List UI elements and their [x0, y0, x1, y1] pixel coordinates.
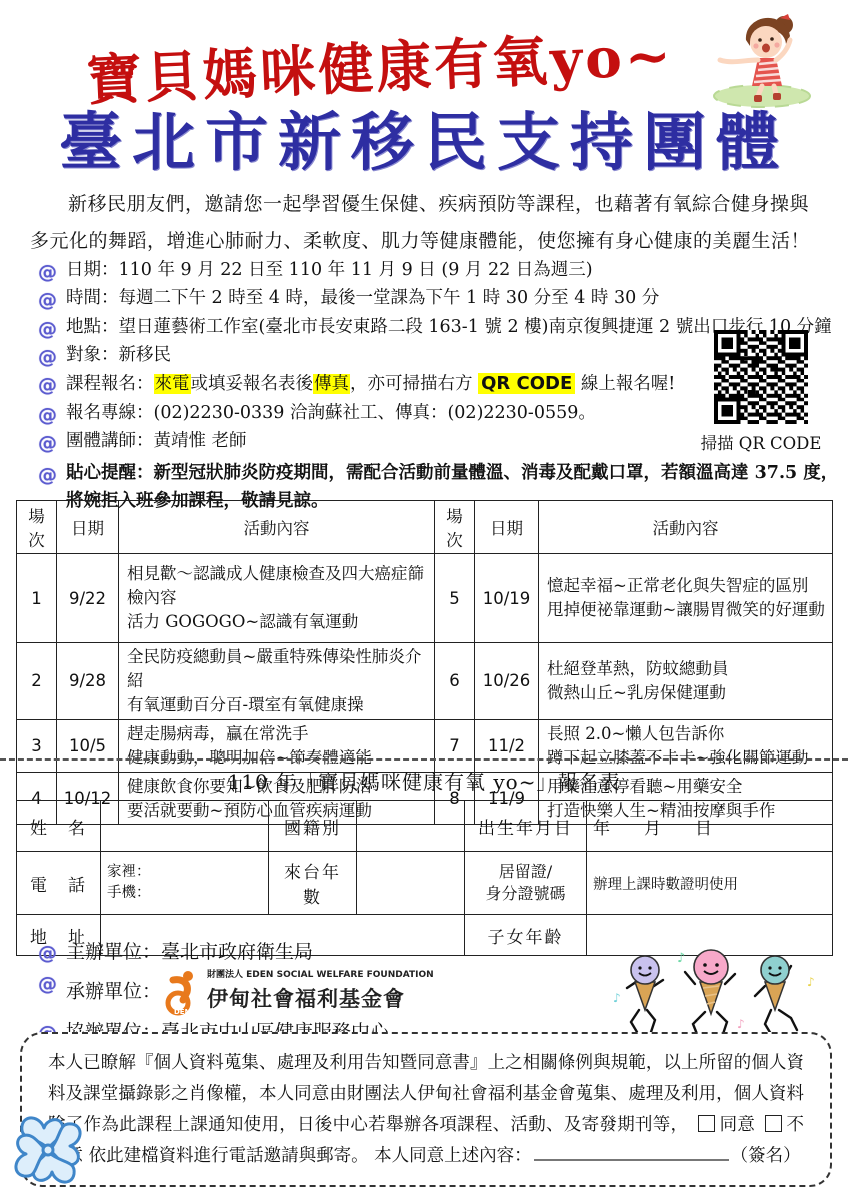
info-hotline-text: 報名專線：(02)2230-0339 洽詢蘇社工、傳真：(02)2230-055… — [66, 403, 596, 423]
qr-block: 掃描 QR CODE — [698, 330, 824, 454]
info-date-text: 日期：110 年 9 月 22 日至 110 年 11 月 9 日 (9 月 2… — [66, 260, 593, 280]
activity-line: 相見歡～認識成人健康檢查及四大癌症篩檢內容 — [127, 562, 430, 610]
session-cell: 5 — [435, 554, 475, 643]
date-cell: 9/28 — [57, 643, 119, 720]
session-cell: 1 — [17, 554, 57, 643]
svg-text:DEN: DEN — [174, 1008, 191, 1016]
signup-fax-highlight: 傳真 — [313, 374, 350, 394]
birth-label: 出生年月日 — [465, 801, 587, 852]
info-teacher-text: 團體講師：黃靖惟 老師 — [66, 431, 247, 451]
session-cell: 7 — [435, 719, 475, 772]
activity-line: 微熱山丘~乳房保健運動 — [547, 681, 828, 705]
activity-cell: 杜絕登革熱，防蚊總動員 微熱山丘~乳房保健運動 — [539, 643, 833, 720]
consent-text-3: 本人同意上述內容： — [374, 1146, 532, 1166]
signup-mid1: 或填妥報名表後 — [191, 374, 314, 394]
spiral-bullet-icon: @ — [38, 370, 57, 401]
signature-suffix: （簽名） — [731, 1146, 801, 1166]
years-in-taiwan-label: 來台年數 — [269, 852, 357, 915]
id-note-text: 辦理上課時數證明使用 — [593, 877, 738, 893]
registration-form-table: 姓 名 國籍別 出生年月日 年 月 日 電 話 家裡： 手機： 來台年數 居留證… — [16, 800, 833, 956]
phone-label: 電 話 — [17, 852, 101, 915]
flyer-page: 寶貝媽咪健康有氧yo~ 臺北市新移民支持團體 新移民朋友們，邀請您一起學習優生保… — [0, 0, 848, 1200]
eden-logo-icon: DEN — [161, 970, 203, 1016]
spiral-bullet-icon: @ — [38, 342, 57, 373]
phone-mobile-label: 手機： — [107, 883, 262, 904]
session-cell: 6 — [435, 643, 475, 720]
activity-cell: 全民防疫總動員~嚴重特殊傳染性肺炎介紹 有氧運動百分百-環室有氧健康操 — [119, 643, 435, 720]
nationality-label: 國籍別 — [269, 801, 357, 852]
activity-line: 甩掉便祕靠運動~讓腸胃微笑的好運動 — [547, 598, 828, 622]
dashed-separator — [0, 758, 848, 761]
page-title: 臺北市新移民支持團體 — [0, 92, 848, 183]
activity-line: 憶起幸福~正常老化與失智症的區別 — [547, 574, 828, 598]
date-cell: 9/22 — [57, 554, 119, 643]
eden-foundation-en: 財團法人 EDEN SOCIAL WELFARE FOUNDATION — [207, 969, 434, 983]
date-header: 日期 — [57, 501, 119, 554]
disagree-checkbox[interactable] — [765, 1115, 782, 1132]
form-row-name: 姓 名 國籍別 出生年月日 年 月 日 — [17, 801, 833, 852]
signup-qrcode-highlight: QR CODE — [478, 373, 575, 394]
session-header: 場次 — [435, 501, 475, 554]
agree-checkbox[interactable] — [698, 1115, 715, 1132]
activity-cell: 趕走腸病毒，贏在常洗手 健康動動，聰明加倍~節奏體適能 — [119, 719, 435, 772]
music-note-icon: ♪ — [613, 991, 621, 1005]
name-input-cell[interactable] — [101, 801, 269, 852]
consent-text-1: 本人已瞭解『個人資料蒐集、處理及利用告知暨同意書』上之相關條例與規範，以上所留的… — [48, 1053, 804, 1135]
name-label: 姓 名 — [17, 801, 101, 852]
signup-mid2: ，亦可掃描右方 — [350, 374, 478, 394]
date-header: 日期 — [475, 501, 539, 554]
date-cell: 10/26 — [475, 643, 539, 720]
spiral-bullet-icon: @ — [38, 314, 57, 345]
signup-suffix: 線上報名喔! — [575, 374, 675, 394]
spiral-bullet-icon: @ — [38, 285, 57, 316]
schedule-row: 2 9/28 全民防疫總動員~嚴重特殊傳染性肺炎介紹 有氧運動百分百-環室有氧健… — [17, 643, 833, 720]
activity-cell: 長照 2.0~懶人包告訴你 蹲下起立膝蓋不卡卡~強化關節運動 — [539, 719, 833, 772]
schedule-row: 3 10/5 趕走腸病毒，贏在常洗手 健康動動，聰明加倍~節奏體適能 7 11/… — [17, 719, 833, 772]
qr-caption: 掃描 QR CODE — [698, 430, 824, 454]
session-header: 場次 — [17, 501, 57, 554]
organizer-label: 承辦單位： — [66, 981, 161, 1003]
form-row-phone: 電 話 家裡： 手機： 來台年數 居留證/ 身分證號碼 辦理上課時數證明使用 — [17, 852, 833, 915]
info-time: @ 時間：每週二下午 2 時至 4 時，最後一堂課為下午 1 時 30 分至 4… — [38, 284, 838, 312]
spiral-bullet-icon: @ — [38, 970, 57, 999]
host-text: 主辦單位：臺北市政府衛生局 — [66, 941, 313, 963]
consent-text-2: 依此建檔資料進行電話邀請與郵寄。 — [89, 1146, 369, 1166]
phone-input-cell[interactable]: 家裡： 手機： — [101, 852, 269, 915]
schedule-header-row: 場次 日期 活動內容 場次 日期 活動內容 — [17, 501, 833, 554]
spiral-bullet-icon: @ — [38, 257, 57, 288]
agree-label: 同意 — [719, 1115, 755, 1135]
activity-line: 長照 2.0~懶人包告訴你 — [547, 722, 828, 746]
years-input-cell[interactable] — [357, 852, 465, 915]
date-cell: 11/2 — [475, 719, 539, 772]
phone-home-label: 家裡： — [107, 862, 262, 883]
spiral-bullet-icon: @ — [38, 428, 57, 459]
schedule-row: 1 9/22 相見歡～認識成人健康檢查及四大癌症篩檢內容 活力 GOGOGO~認… — [17, 554, 833, 643]
id-input-cell[interactable]: 辦理上課時數證明使用 — [587, 852, 833, 915]
host-line: @ 主辦單位：臺北市政府衛生局 — [38, 938, 598, 967]
music-note-icon: ♪ — [737, 1017, 745, 1031]
content-header: 活動內容 — [119, 501, 435, 554]
activity-line: 杜絕登革熱，防蚊總動員 — [547, 657, 828, 681]
activity-line: 活力 GOGOGO~認識有氧運動 — [127, 610, 430, 634]
activity-line: 全民防疫總動員~嚴重特殊傳染性肺炎介紹 — [127, 645, 430, 693]
birth-input-cell[interactable]: 年 月 日 — [587, 801, 833, 852]
activity-cell: 相見歡～認識成人健康檢查及四大癌症篩檢內容 活力 GOGOGO~認識有氧運動 — [119, 554, 435, 643]
info-date: @ 日期：110 年 9 月 22 日至 110 年 11 月 9 日 (9 月… — [38, 256, 838, 284]
eden-foundation-zh: 伊甸社會福利基金會 — [207, 983, 434, 1016]
signup-call-highlight: 來電 — [154, 374, 191, 394]
spiral-bullet-icon: @ — [38, 400, 57, 431]
eden-text-block: 財團法人 EDEN SOCIAL WELFARE FOUNDATION伊甸社會福… — [207, 969, 434, 1015]
qr-code-image — [714, 330, 808, 424]
session-cell: 2 — [17, 643, 57, 720]
registration-form-title: 110 年「寶貝媽咪健康有氧 yo~」報名表 — [0, 766, 848, 795]
organizer-line: @ 承辦單位： DEN 財團法人 EDEN SOCIAL WELFARE FOU… — [38, 969, 598, 1015]
clover-flower-decoration — [4, 1106, 92, 1194]
content-header: 活動內容 — [539, 501, 833, 554]
activity-cell: 憶起幸福~正常老化與失智症的區別 甩掉便祕靠運動~讓腸胃微笑的好運動 — [539, 554, 833, 643]
consent-box: 本人已瞭解『個人資料蒐集、處理及利用告知暨同意書』上之相關條例與規範，以上所留的… — [20, 1032, 832, 1187]
signature-line[interactable] — [534, 1142, 729, 1162]
music-note-icon: ♪ — [677, 951, 685, 966]
id-number-label: 居留證/ 身分證號碼 — [465, 852, 587, 915]
session-cell: 3 — [17, 719, 57, 772]
intro-paragraph: 新移民朋友們，邀請您一起學習優生保健、疾病預防等課程，也藉著有氧綜合健身操與多元… — [30, 186, 820, 260]
date-cell: 10/5 — [57, 719, 119, 772]
activity-line: 有氧運動百分百-環室有氧健康操 — [127, 693, 430, 717]
info-audience-text: 對象：新移民 — [66, 345, 171, 365]
activity-line: 趕走腸病毒，贏在常洗手 — [127, 722, 430, 746]
spiral-bullet-icon: @ — [38, 939, 57, 968]
nationality-input-cell[interactable] — [357, 801, 465, 852]
date-cell: 10/19 — [475, 554, 539, 643]
id-label-line: 身分證號碼 — [471, 883, 580, 905]
signup-label: 課程報名： — [66, 374, 154, 394]
ice-cream-dancers-illustration: ♪ ♪ ♪ ♪ — [607, 940, 822, 1036]
music-note-icon: ♪ — [807, 975, 815, 989]
eden-logo: DEN 財團法人 EDEN SOCIAL WELFARE FOUNDATION伊… — [161, 969, 434, 1015]
spiral-bullet-icon: @ — [38, 460, 57, 491]
id-label-line: 居留證/ — [471, 861, 580, 883]
info-time-text: 時間：每週二下午 2 時至 4 時，最後一堂課為下午 1 時 30 分至 4 時… — [66, 288, 659, 308]
